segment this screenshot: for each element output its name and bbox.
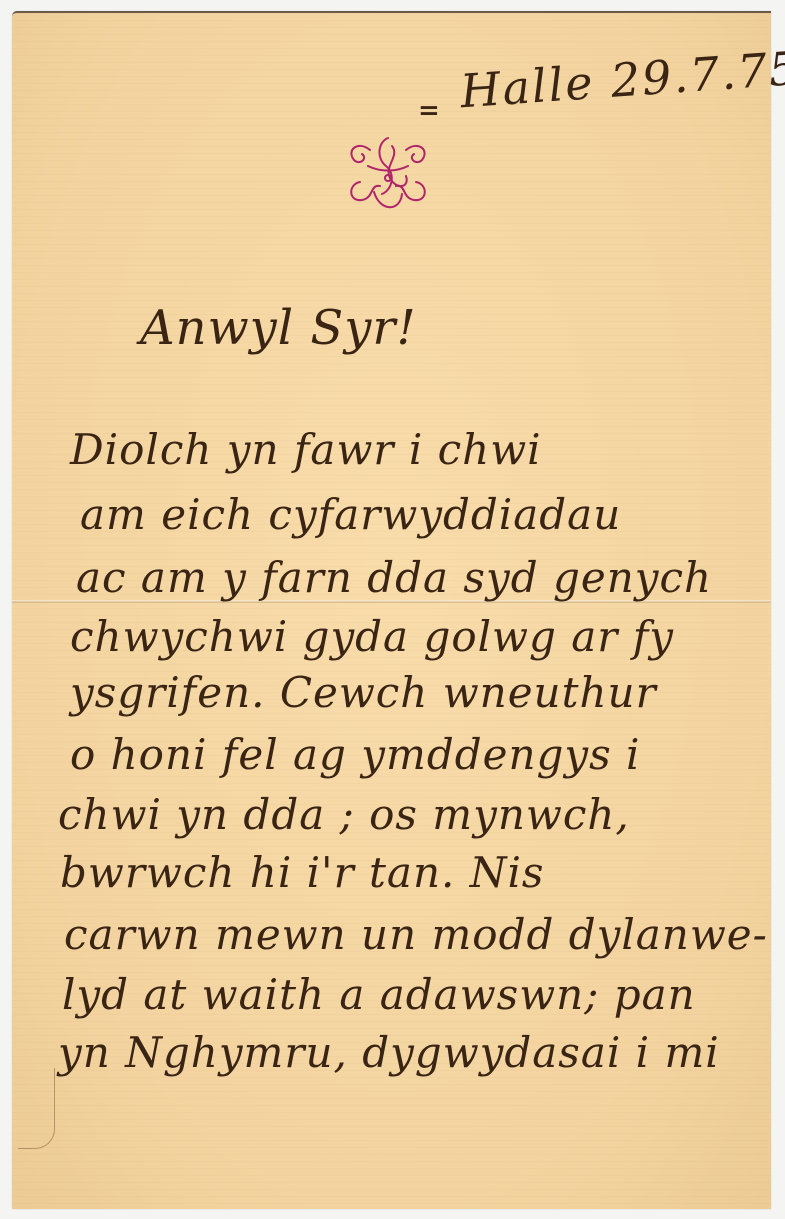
letter-line: o honi fel ag ymddengys i [70, 730, 640, 779]
monogram-icon [340, 132, 436, 216]
letter-line: Diolch yn fawr i chwi [70, 425, 542, 474]
equals-mark: = [418, 96, 441, 126]
letter-line: yn Nghymru, dygwydasai i mi [58, 1028, 720, 1077]
letter-line: chwi yn dda ; os mynwch, [58, 790, 630, 839]
letter-line: chwychwi gyda golwg ar fy [70, 612, 674, 661]
letter-line: bwrwch hi i'r tan. Nis [60, 848, 544, 897]
letter-line: ac am y farn dda syd genych [76, 553, 712, 602]
salutation: Anwyl Syr! [140, 300, 417, 356]
letter-line: lyd at waith a adawswn; pan [62, 970, 696, 1019]
paper-edge-tear [18, 1068, 55, 1149]
letter-line: carwn mewn un modd dylanwe- [64, 910, 768, 959]
letter-line: ysgrifen. Cewch wneuthur [70, 668, 657, 717]
letter-line: am eich cyfarwyddiadau [80, 490, 621, 539]
